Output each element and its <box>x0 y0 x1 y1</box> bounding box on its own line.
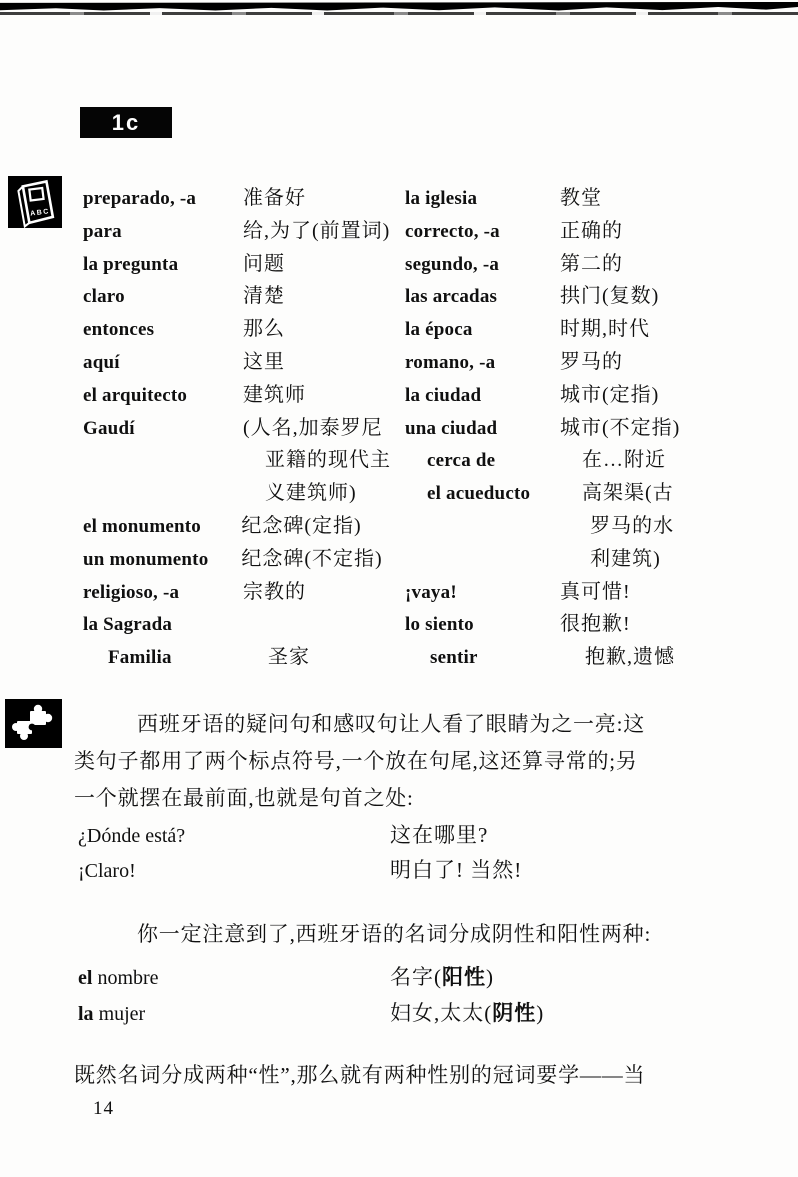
vocab-chinese-gloss: 在…附近 <box>582 443 792 472</box>
paragraph-line: 西班牙语的疑问句和感叹句让人看了眼睛为之一亮:这 <box>74 706 734 743</box>
vocab-row: la pregunta 问题 segundo, -a 第二的 <box>83 247 798 280</box>
vocab-row: el monumento 纪念碑(定指) 罗马的水 <box>83 509 798 542</box>
vocab-spanish-term: entonces <box>83 319 243 341</box>
chinese-gloss: ) <box>486 965 494 989</box>
vocab-chinese-gloss: 纪念碑(不定指) <box>241 542 401 571</box>
scan-artifact-top-band <box>0 2 798 11</box>
vocab-chinese-gloss: 城市(定指) <box>560 378 770 407</box>
vocab-chinese-gloss: 问题 <box>243 247 405 276</box>
vocab-row: preparado, -a 准备好 la iglesia 教堂 <box>83 181 798 214</box>
vocab-spanish-term: lo siento <box>405 614 560 636</box>
vocab-row: entonces 那么 la época 时期,时代 <box>83 312 798 345</box>
example-spanish: ¿Dónde está? <box>78 825 390 848</box>
chinese-gloss: ) <box>536 1001 544 1025</box>
vocab-chinese-gloss: 给,为了(前置词) <box>243 214 405 243</box>
example-spanish: la mujer <box>78 1003 390 1026</box>
vocab-row: religioso, -a 宗教的 ¡vaya! 真可惜! <box>83 575 798 608</box>
paragraph-line: 类句子都用了两个标点符号,一个放在句尾,这还算寻常的;另 <box>74 743 734 780</box>
puzzle-icon <box>5 699 62 753</box>
vocab-chinese-gloss-continued: 罗马的水 <box>555 509 798 538</box>
vocab-spanish-term: segundo, -a <box>405 254 560 276</box>
vocab-spanish-term: romano, -a <box>405 352 560 374</box>
vocab-chinese-gloss: 高架渠(古 <box>582 476 792 505</box>
spanish-noun: mujer <box>99 1003 146 1025</box>
vocab-spanish-term: la pregunta <box>83 254 243 276</box>
vocab-row: un monumento 纪念碑(不定指) 利建筑) <box>83 542 798 575</box>
grammar-paragraph-punctuation: 西班牙语的疑问句和感叹句让人看了眼睛为之一亮:这 类句子都用了两个标点符号,一个… <box>74 706 734 817</box>
vocab-row: el arquitecto 建筑师 la ciudad 城市(定指) <box>83 378 798 411</box>
paragraph-line: 一个就摆在最前面,也就是句首之处: <box>74 780 734 817</box>
vocab-spanish-term: el monumento <box>83 516 241 538</box>
vocab-spanish-term: para <box>83 221 243 243</box>
vocab-spanish-term: la ciudad <box>405 385 560 407</box>
chinese-gloss: 妇女,太太( <box>390 1001 492 1025</box>
vocab-chinese-gloss: 拱门(复数) <box>560 279 770 308</box>
scan-artifact-thin-line <box>0 12 798 15</box>
section-badge: 1c <box>80 107 172 138</box>
vocab-spanish-term: ¡vaya! <box>405 582 560 604</box>
example-spanish: el nombre <box>78 967 390 990</box>
vocab-chinese-gloss: 真可惜! <box>560 575 770 604</box>
example-spanish: ¡Claro! <box>78 860 390 883</box>
vocab-row: la Sagrada lo siento 很抱歉! <box>83 607 798 640</box>
example-chinese: 名字(阳性) <box>390 961 494 991</box>
vocab-chinese-gloss: 正确的 <box>560 214 770 243</box>
vocab-chinese-gloss-continued: 利建筑) <box>555 542 798 571</box>
vocab-row: Familia 圣家 sentir 抱歉,遗憾 <box>83 640 798 673</box>
example-row: ¿Dónde está? 这在哪里? <box>78 819 738 854</box>
vocab-chinese-gloss: 清楚 <box>243 279 405 308</box>
example-row: el nombre 名字(阳性) <box>78 961 738 997</box>
page-number: 14 <box>93 1098 114 1120</box>
example-chinese: 这在哪里? <box>390 819 488 849</box>
gender-label: 阳性 <box>442 965 486 989</box>
vocab-spanish-term: claro <box>83 286 243 308</box>
vocab-chinese-gloss: 这里 <box>243 345 405 374</box>
vocab-row: 亚籍的现代主 cerca de 在…附近 <box>83 443 798 476</box>
vocab-chinese-gloss-continued: 亚籍的现代主 <box>243 443 427 472</box>
vocab-chinese-gloss: 纪念碑(定指) <box>241 509 401 538</box>
vocab-spanish-term: un monumento <box>83 549 241 571</box>
vocab-spanish-term: la época <box>405 319 560 341</box>
vocab-spanish-term: la iglesia <box>405 188 560 210</box>
vocab-chinese-gloss-continued: 义建筑师) <box>243 476 427 505</box>
example-pair-punctuation: ¿Dónde está? 这在哪里? ¡Claro! 明白了! 当然! <box>78 819 738 889</box>
example-chinese: 妇女,太太(阴性) <box>390 997 544 1027</box>
vocab-row: claro 清楚 las arcadas 拱门(复数) <box>83 279 798 312</box>
vocab-chinese-gloss: (人名,加泰罗尼 <box>243 411 405 440</box>
vocab-row: aquí 这里 romano, -a 罗马的 <box>83 345 798 378</box>
vocab-spanish-term: las arcadas <box>405 286 560 308</box>
example-row: la mujer 妇女,太太(阴性) <box>78 997 738 1033</box>
example-row: ¡Claro! 明白了! 当然! <box>78 854 738 889</box>
vocab-chinese-gloss: 第二的 <box>560 247 770 276</box>
vocab-chinese-gloss: 建筑师 <box>243 378 405 407</box>
vocab-row: para 给,为了(前置词) correcto, -a 正确的 <box>83 214 798 247</box>
vocab-spanish-term: cerca de <box>427 450 582 472</box>
vocab-chinese-gloss: 城市(不定指) <box>560 411 770 440</box>
vocab-chinese-gloss: 教堂 <box>560 181 770 210</box>
vocab-spanish-term: religioso, -a <box>83 582 243 604</box>
grammar-paragraph-gender: 你一定注意到了,西班牙语的名词分成阴性和阳性两种: <box>74 916 797 953</box>
vocab-spanish-term: la Sagrada <box>83 614 243 636</box>
vocab-chinese-gloss: 很抱歉! <box>560 607 770 636</box>
vocab-spanish-term: sentir <box>430 647 585 669</box>
vocab-row: 义建筑师) el acueducto 高架渠(古 <box>83 476 798 509</box>
vocab-row: Gaudí (人名,加泰罗尼 una ciudad 城市(不定指) <box>83 411 798 444</box>
vocab-chinese-gloss: 罗马的 <box>560 345 770 374</box>
grammar-paragraph-articles: 既然名词分成两种“性”,那么就有两种性别的冠词要学——当 <box>74 1057 734 1094</box>
vocab-chinese-gloss: 准备好 <box>243 181 405 210</box>
chinese-gloss: 名字( <box>390 965 442 989</box>
example-chinese: 明白了! 当然! <box>390 854 522 884</box>
spanish-article: el <box>78 967 92 989</box>
vocabulary-table: preparado, -a 准备好 la iglesia 教堂 para 给,为… <box>83 181 798 673</box>
gender-label: 阴性 <box>492 1001 536 1025</box>
vocab-chinese-gloss: 抱歉,遗憾 <box>585 640 795 669</box>
vocab-spanish-term-continued: Familia <box>83 647 268 669</box>
spanish-article: la <box>78 1003 94 1025</box>
vocab-spanish-term: el acueducto <box>427 483 582 505</box>
vocab-spanish-term: Gaudí <box>83 418 243 440</box>
vocab-spanish-term: preparado, -a <box>83 188 243 210</box>
vocab-spanish-term: el arquitecto <box>83 385 243 407</box>
vocab-chinese-gloss: 宗教的 <box>243 575 405 604</box>
vocab-chinese-gloss: 那么 <box>243 312 405 341</box>
example-pair-gender: el nombre 名字(阳性) la mujer 妇女,太太(阴性) <box>78 961 738 1033</box>
vocab-chinese-gloss: 时期,时代 <box>560 312 770 341</box>
vocab-spanish-term: correcto, -a <box>405 221 560 243</box>
vocab-chinese-gloss: 圣家 <box>268 640 430 669</box>
vocab-spanish-term: aquí <box>83 352 243 374</box>
vocab-spanish-term: una ciudad <box>405 418 560 440</box>
spanish-noun: nombre <box>97 967 158 989</box>
book-abc-icon: ABC <box>8 176 62 233</box>
